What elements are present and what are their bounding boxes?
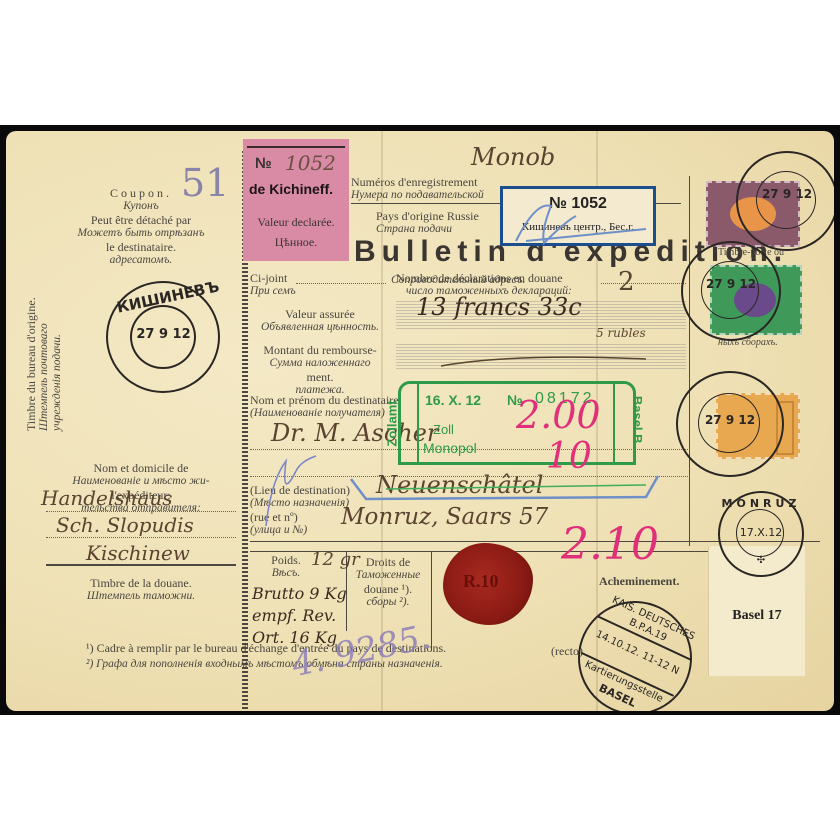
poids-field: Poids. Вѣсъ. <box>256 553 316 580</box>
sender-label-fr1: Nom et domicile de <box>51 461 231 475</box>
poids-note-2: empf. Rev. <box>252 605 347 627</box>
seal-text: R.10 <box>463 571 499 592</box>
valeur-ru: Объявленная цѣнность. <box>250 321 390 334</box>
label-valeur-fr: Valeur declarée. <box>243 215 349 230</box>
destinataire-field: Nom et prénom du destinataire (Наименова… <box>250 393 399 420</box>
douane-ru: сборы ²). <box>348 596 428 609</box>
remboursement-field: Montant du rembourse- Сумма наложеннаго … <box>250 343 390 397</box>
red-crayon-3: 2.10 <box>561 519 659 570</box>
sender-line1: Handelshaus <box>41 486 173 510</box>
pencil-note-51: 51 <box>181 161 229 205</box>
kishinev-cancel-2: 27 9 12 <box>681 241 781 341</box>
sender-line2: Sch. Slopudis <box>56 513 194 537</box>
monruz-postmark: MONRUZ 17.X.12 ✣ <box>718 491 804 577</box>
origin-caption-ru1: Штемпель почтоваго <box>38 211 51 431</box>
customs-stamp-caption: Timbre de la douane. Штемпель таможни. <box>51 576 231 603</box>
wax-seal: R.10 <box>443 543 533 625</box>
droits-field: Droits de Таможенные douane ¹). сборы ²)… <box>348 555 428 609</box>
coupon-line1-fr: Peut être détaché par <box>66 213 216 227</box>
coupon-line2-ru: адресатомъ. <box>66 254 216 267</box>
ci-joint-fr: Ci-joint <box>250 271 296 285</box>
kishinev-postmark: КИШИНЕВЪ 27 9 12 <box>106 281 220 393</box>
handwritten-top: Monob <box>471 143 555 171</box>
cancel-3-date: 27 9 12 <box>678 413 782 427</box>
postmark-date: 27 9 12 <box>136 327 191 342</box>
valeur-field: Valeur assurée Объявленная цѣнность. <box>250 307 390 334</box>
poids-ru: Вѣсъ. <box>256 567 316 580</box>
poids-note-1: Brutto 9 Kg <box>252 583 347 605</box>
street-value: Monruz, Saars 57 <box>341 504 548 530</box>
blue-crayon-mark <box>496 191 656 251</box>
remb-fr2: ment. <box>250 370 390 384</box>
declarations-value: 2 <box>618 267 635 297</box>
customs-box-line1: Zoll <box>433 422 454 437</box>
cancel-1-date: 27 9 12 <box>738 187 834 201</box>
customs-box-left: Zollamt <box>385 400 400 446</box>
dest-name-fr: Nom et prénom du destinataire <box>250 393 399 407</box>
basel-label-text: Basel 17 <box>709 608 805 624</box>
customs-caption-fr: Timbre de la douane. <box>51 576 231 590</box>
customs-box-line2: Monopol <box>423 440 477 456</box>
valeur-note: 5 rubles <box>596 326 646 340</box>
valeur-fr: Valeur assurée <box>250 307 390 321</box>
sender-line3: Kischinew <box>86 541 190 565</box>
remb-fr1: Montant du rembourse- <box>250 343 390 357</box>
kishinev-cancel-1: 27 9 12 <box>736 151 834 251</box>
label-number: 1052 <box>285 151 336 175</box>
customs-box-right: Basel B. <box>630 396 645 447</box>
origin-label: № 1052 de Kichineff. Valeur declarée. Цѣ… <box>243 139 349 261</box>
swiss-cross-icon: ✣ <box>720 555 802 566</box>
red-crayon-2: 10 <box>546 436 592 477</box>
remboursement-cancel-stroke <box>436 351 656 371</box>
acheminement-label: Acheminement. <box>599 574 679 588</box>
coupon-line1-ru: Можетъ быть отрѣзанъ <box>66 227 216 240</box>
valeur-value: 13 francs 33c <box>416 293 582 321</box>
basel-postmark: KAIS. DEUTSCHES B.P.A.19 14.10.12. 11-12… <box>559 582 710 711</box>
cancel-2-date: 27 9 12 <box>683 277 779 291</box>
origin-stamp-caption: Timbre du bureau d'origine. Штемпель поч… <box>24 211 64 431</box>
droits-fr: Droits de <box>348 555 428 569</box>
red-crayon-1: 2.00 <box>516 393 601 437</box>
kishinev-cancel-3: 27 9 12 <box>676 371 784 477</box>
douane-fr: douane ¹). <box>348 582 428 596</box>
customs-box-date: 16. X. 12 <box>425 392 481 408</box>
customs-caption-ru: Штемпель таможни. <box>51 590 231 603</box>
origin-caption-ru2: учрежденія подачи. <box>51 211 64 431</box>
blue-pencil-mark <box>256 451 326 531</box>
declarations-fr: Nombre de déclarations en douane <box>396 271 572 285</box>
poids-fr: Poids. <box>256 553 316 567</box>
parcel-card: Coupon. Купонъ Peut être détaché par Мож… <box>6 131 834 711</box>
label-valeur-ru: Цѣнное. <box>243 235 349 250</box>
droits-ru: Таможенные <box>348 569 428 582</box>
ci-joint-ru: При семъ <box>250 285 296 298</box>
label-office: de Kichineff. <box>249 181 333 197</box>
monruz-date: 17.X.12 <box>720 526 802 539</box>
origin-caption-fr: Timbre du bureau d'origine. <box>24 211 38 431</box>
monruz-city: MONRUZ <box>720 497 802 510</box>
ci-joint-field: Ci-joint При семъ <box>250 271 296 298</box>
remb-ru1: Сумма наложеннаго <box>250 357 390 370</box>
label-number-prefix: № <box>255 155 272 172</box>
coupon-line2-fr: le destinataire. <box>66 240 216 254</box>
